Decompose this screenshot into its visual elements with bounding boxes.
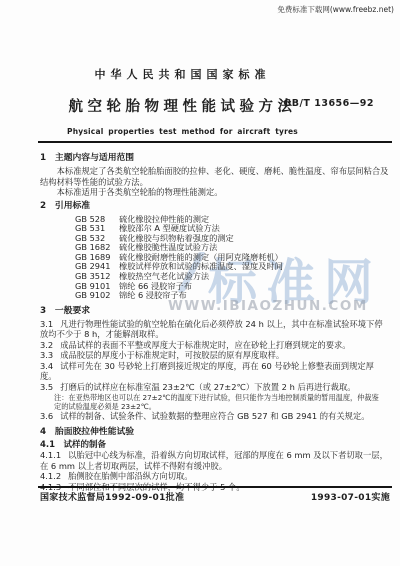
document-body: 1 主题内容与适用范围 本标准规定了各类航空轮胎胎面胶的拉伸、老化、硬度、磨耗、… <box>40 150 390 492</box>
clause-3-5: 3.5打磨后的试样应在标准室温 23±2℃（或 27±2℃）下放置 2 h 后再… <box>40 382 390 392</box>
clause-text: 胎侧胶在胎侧中部沿纵方向切取。 <box>68 471 192 481</box>
reference-title: 硫化橡胶脆性温度试验方法 <box>119 242 217 252</box>
clause-text: 试样可先在 30 号砂轮上打磨到接近规定的厚度，再在 60 号砂轮上修整表面到规… <box>40 361 374 381</box>
clause-number: 3.4 <box>40 361 53 371</box>
clause-number: 3.6 <box>40 411 53 421</box>
section-3-heading: 3 一般要求 <box>40 306 390 317</box>
clause-number: 4.1.1 <box>40 450 61 460</box>
reference-code: GB 9102 <box>75 291 119 301</box>
document-title-en: Physical properties test method for airc… <box>30 127 335 136</box>
section-1-paragraph-1: 本标准规定了各类航空轮胎胎面胶的拉伸、老化、硬度、磨耗、脆性温度、帘布层间粘合及… <box>40 166 390 187</box>
referenced-standards-list: GB 528硫化橡胶拉伸性能的测定 GB 531橡胶邵尔 A 型硬度试验方法 G… <box>75 215 390 301</box>
section-1-heading: 1 主题内容与适用范围 <box>40 153 390 164</box>
clause-number: 3.3 <box>40 350 53 360</box>
reference-title: 橡胶热空气老化试验方法 <box>119 271 209 281</box>
clause-number: 4.1.2 <box>40 471 61 481</box>
reference-title: 硫化橡胶耐磨性能的测定（用阿克隆磨耗机） <box>119 252 283 262</box>
clause-number: 3.1 <box>40 319 53 329</box>
reference-title: 橡胶邵尔 A 型硬度试验方法 <box>119 223 220 233</box>
header-divider-rule <box>38 141 392 143</box>
reference-title: 锦纶 66 浸胶帘子布 <box>119 281 192 291</box>
clause-text: 试样的制备、试验条件、试验数据的整理应符合 GB 527 和 GB 2941 的… <box>60 411 369 421</box>
footer-divider-rule <box>38 486 392 488</box>
approval-authority-date: 国家技术监督局1992-09-01批准 <box>40 490 184 503</box>
section-1-paragraph-2: 本标准适用于各类航空轮胎的物理性能测定。 <box>40 187 390 197</box>
section-4-heading: 4 胎面胶拉伸性能试验 <box>40 427 390 438</box>
clause-text: 以胎冠中心线为标准，沿着纵方向切取试样，冠部的厚度在 6 mm 及以下者切取一层… <box>40 450 388 470</box>
clause-4-1-1: 4.1.1以胎冠中心线为标准，沿着纵方向切取试样，冠部的厚度在 6 mm 及以下… <box>40 450 390 471</box>
national-standard-label: 中华人民共和国国家标准 <box>30 66 335 82</box>
reference-title: 橡胶试样停放和试验的标准温度、湿度及时间 <box>119 261 283 271</box>
clause-3-2: 3.2成品试样的表面不平整或厚度大于标准规定时，应在砂轮上打磨到规定的要求。 <box>40 340 390 350</box>
clause-3-4: 3.4试样可先在 30 号砂轮上打磨到接近规定的厚度，再在 60 号砂轮上修整表… <box>40 361 390 382</box>
clause-text: 成品胶层的厚度小于标准规定时，可按胶层的原有厚度取样。 <box>60 350 284 360</box>
reference-title: 硫化橡胶与织物粘着强度的测定 <box>119 233 234 243</box>
approval-footer: 国家技术监督局1992-09-01批准 1993-07-01实施 <box>40 490 390 503</box>
clause-number: 3.5 <box>40 382 53 392</box>
scan-site-note-top: 免费标准下载网(www.freebz.net) <box>277 4 394 15</box>
section-4-1-subheading: 4.1 试样的制备 <box>40 440 390 451</box>
standard-document-page: 标准网 WWW.IBIAOZHUN.COM 免费标准下载网(www.freebz… <box>0 0 400 566</box>
clause-text: 打磨后的试样应在标准室温 23±2℃（或 27±2℃）下放置 2 h 后再进行裁… <box>60 382 355 392</box>
clause-3-3: 3.3成品胶层的厚度小于标准规定时，可按胶层的原有厚度取样。 <box>40 350 390 360</box>
clause-3-6: 3.6试样的制备、试验条件、试验数据的整理应符合 GB 527 和 GB 294… <box>40 411 390 421</box>
standard-number: GB/T 13656—92 <box>283 98 374 109</box>
reference-title: 锦纶 6 浸胶帘子布 <box>119 290 187 300</box>
section-2-heading: 2 引用标准 <box>40 201 390 212</box>
clause-text: 成品试样的表面不平整或厚度大于标准规定时，应在砂轮上打磨到规定的要求。 <box>60 340 350 350</box>
reference-title: 硫化橡胶拉伸性能的测定 <box>119 214 209 224</box>
clause-number: 3.2 <box>40 340 53 350</box>
clause-4-1-2: 4.1.2胎侧胶在胎侧中部沿纵方向切取。 <box>40 471 390 481</box>
implementation-date: 1993-07-01实施 <box>311 490 390 503</box>
clause-text: 凡进行物理性能试验的航空轮胎在硫化后必须停放 24 h 以上，其中在标准试验环境… <box>40 319 383 339</box>
reference-item: GB 9102锦纶 6 浸胶帘子布 <box>75 291 390 301</box>
clause-3-5-note: 注：在亚热带地区也可以在 27±2℃的温度下进行试验，但只能作为当地控制质量的暂… <box>54 393 384 411</box>
clause-3-1: 3.1凡进行物理性能试验的航空轮胎在硫化后必须停放 24 h 以上，其中在标准试… <box>40 319 390 340</box>
